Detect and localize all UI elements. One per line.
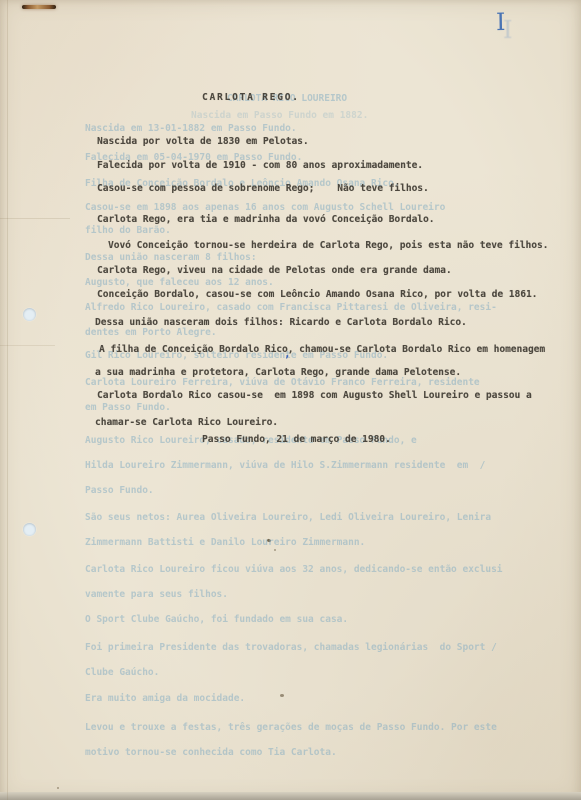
punch-hole-top [23,308,36,321]
typed-line: Vovó Conceição tornou-se herdeira de Car… [108,240,548,251]
handwritten-comma: , [284,347,291,360]
typed-line: Conceição Bordalo, casou-se com Leôncio … [97,289,537,300]
paper-crease-left [7,0,8,800]
bleedthrough-line: Era muito amiga da mocidade. [85,693,245,704]
bleedthrough-line: vamente para seus filhos. [85,589,228,600]
paper-speck [280,694,284,697]
typed-line: Carlota Rego, era tia e madrinha da vovó… [97,214,434,225]
paper-speck [274,549,276,551]
bleedthrough-subtitle: Nascida em Passo Fundo em 1882. [191,110,368,121]
bleedthrough-line: Passo Fundo. [85,485,154,496]
bleedthrough-line: Foi primeira Presidente das trovadoras, … [85,642,497,653]
staple [22,5,56,9]
bleedthrough-line: Casou-se em 1898 aos apenas 16 anos com … [85,202,445,213]
bleedthrough-line: São seus netos: Aurea Oliveira Loureiro,… [85,512,491,523]
dateline: Passo Fundo, 21 de março de 1980. [202,434,391,445]
scan-edge-bottom [0,792,581,800]
bleedthrough-line: dentes em Porto Alegre. [85,327,217,338]
paper-crease [0,345,55,346]
punch-hole-bottom [23,523,36,536]
bleedthrough-line: Levou e trouxe a festas, três gerações d… [85,722,497,733]
bleedthrough-line: filho do Barão. [85,225,171,236]
bleedthrough-line: Hilda Loureiro Zimmermann, viúva de Hilo… [85,460,485,471]
bleedthrough-line: Dessa união nasceram 8 filhos: [85,252,257,263]
typed-line: a sua madrinha e protetora, Carlota Rego… [95,367,461,378]
bleedthrough-line: O Sport Clube Gaúcho, foi fundado em sua… [85,614,348,625]
typed-line: Falecida por volta de 1910 - com 80 anos… [97,160,423,171]
bleedthrough-line: Carlota Rico Loureiro ficou viúva aos 32… [85,564,503,575]
paper-speck [57,787,59,789]
typed-line: A filha de Conceição Bordalo Rico, chamo… [99,344,545,355]
bleedthrough-line: Clube Gaúcho. [85,667,159,678]
typed-line: Nascida por volta de 1830 em Pelotas. [97,136,309,147]
bleedthrough-line: Nascida em 13-01-1882 em Passo Fundo. [85,123,297,134]
typed-line: Carlota Rego, viveu na cidade de Pelotas… [97,265,452,276]
bleedthrough-line: em Passo Fundo. [85,402,171,413]
bleedthrough-line: motivo tornou-se conhecida como Tia Carl… [85,747,337,758]
bleedthrough-line: Alfredo Rico Loureiro, casado com Franci… [85,302,497,313]
scanned-document-page: I I CARLOTA RICO LOUREIRO Nascida em Pas… [0,0,581,800]
bleedthrough-line: Carlota Loureiro Ferreira, viúva de Otáv… [85,377,480,388]
page-number: I [496,8,506,36]
typed-line: chamar-se Carlota Rico Loureiro. [95,417,278,428]
bleedthrough-line: Augusto, que faleceu aos 12 anos. [85,277,274,288]
paper-crease [0,218,70,219]
document-title: CARLOTA REGO. [202,92,300,103]
typed-line: Carlota Bordalo Rico casou-se em 1898 co… [97,390,532,401]
typed-line: Casou-se com pessoa de sobrenome Rego; N… [97,183,429,194]
typed-line: Dessa união nasceram dois filhos: Ricard… [95,317,467,328]
bleedthrough-line: Zimmermann Battisti e Danilo Loureiro Zi… [85,537,365,548]
